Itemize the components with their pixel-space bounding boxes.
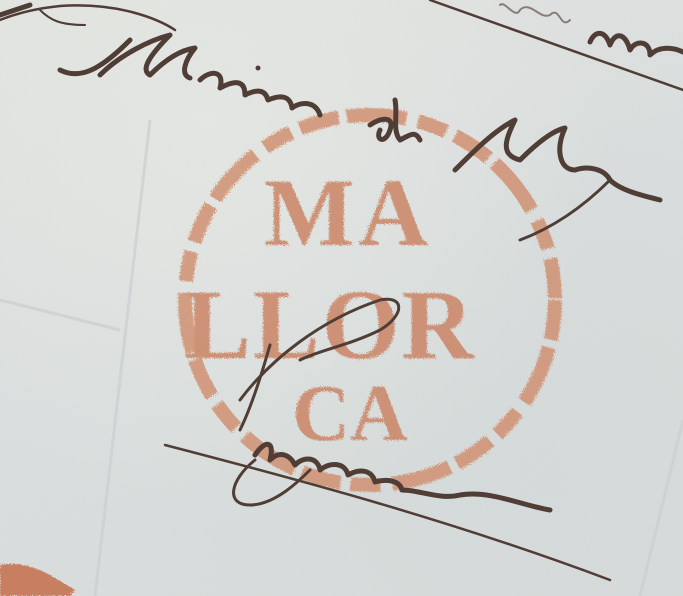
svg-text:LLOR: LLOR <box>184 269 475 380</box>
cover-drawing: MA LLOR CA <box>0 0 683 596</box>
postal-cover-photo: MA LLOR CA <box>0 0 683 596</box>
svg-text:CA: CA <box>292 370 408 458</box>
svg-text:MA: MA <box>264 159 432 266</box>
